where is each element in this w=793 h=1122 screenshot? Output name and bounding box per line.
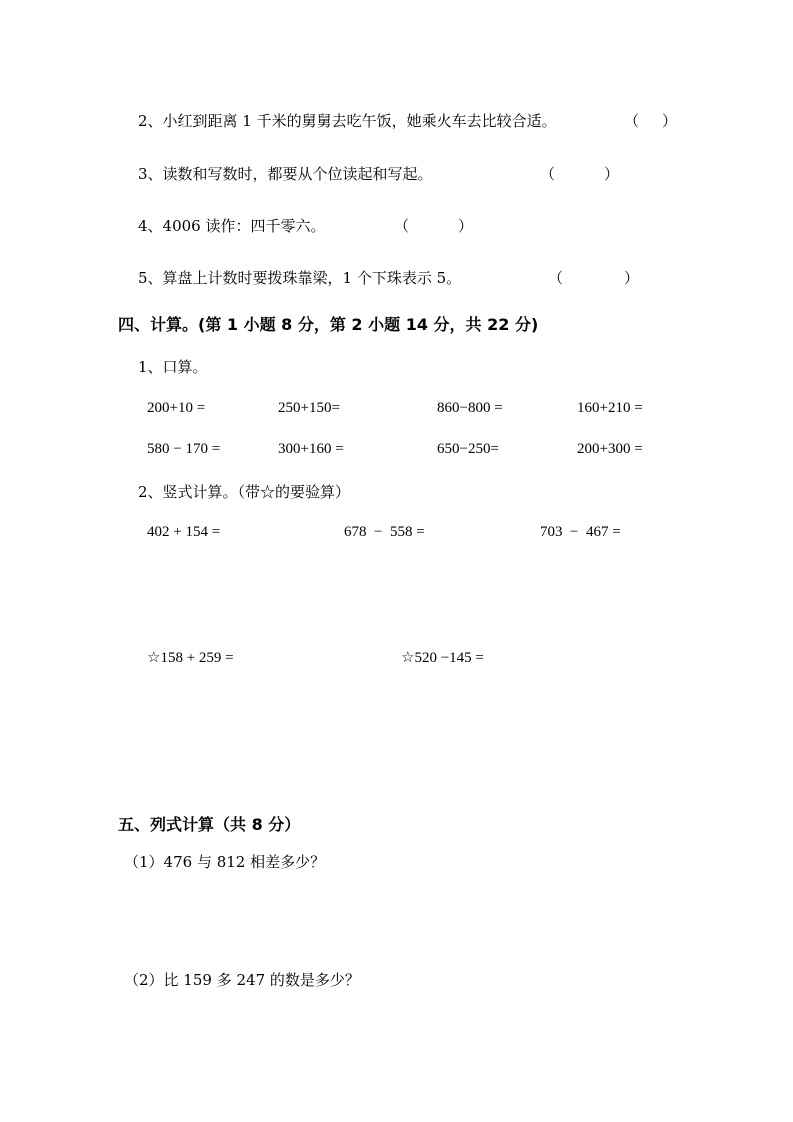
math-expression: 160+210 = (577, 398, 643, 418)
answer-paren-open: （ (394, 216, 409, 236)
math-expression: ☆520 −145 = (401, 648, 484, 668)
question-text: 2、小红到距离 1 千米的舅舅去吃午饭，她乘火车去比较合适。 (138, 111, 557, 131)
math-expression: 402 + 154 = (147, 522, 220, 542)
question-text: 4、4006 读作：四千零六。 (138, 216, 326, 236)
math-expression: 650−250= (437, 439, 499, 459)
answer-paren-open: （ (540, 164, 555, 184)
math-expression: 300+160 = (278, 439, 344, 459)
word-problem-2: （2）比 159 多 247 的数是多少？ (124, 970, 360, 990)
answer-paren-close: ） (458, 216, 473, 236)
question-text: 5、算盘上计数时要拨珠靠梁，1 个下珠表示 5。 (138, 268, 461, 288)
section-5-heading: 五、列式计算（共 8 分） (118, 814, 300, 836)
answer-paren-open: （ (624, 111, 639, 131)
math-expression: 703 − 467 = (540, 522, 621, 542)
math-expression: 200+10 = (147, 398, 205, 418)
math-expression: 580 − 170 = (147, 439, 220, 459)
answer-paren-close: ） (662, 111, 677, 131)
question-text: 3、读数和写数时，都要从个位读起和写起。 (138, 164, 433, 184)
vertical-calc-title: 2、竖式计算。（带☆的要验算） (138, 482, 350, 502)
math-expression: 860−800 = (437, 398, 503, 418)
math-expression: 250+150= (278, 398, 340, 418)
section-4-heading: 四、计算。(第 1 小题 8 分，第 2 小题 14 分，共 22 分) (118, 314, 538, 336)
math-expression: 200+300 = (577, 439, 643, 459)
math-expression: 678 − 558 = (344, 522, 425, 542)
math-expression: ☆158 + 259 = (147, 648, 234, 668)
answer-paren-close: ） (624, 268, 639, 288)
mental-math-title: 1、口算。 (138, 357, 208, 377)
word-problem-1: （1）476 与 812 相差多少？ (124, 852, 325, 872)
answer-paren-close: ） (604, 164, 619, 184)
answer-paren-open: （ (548, 268, 563, 288)
